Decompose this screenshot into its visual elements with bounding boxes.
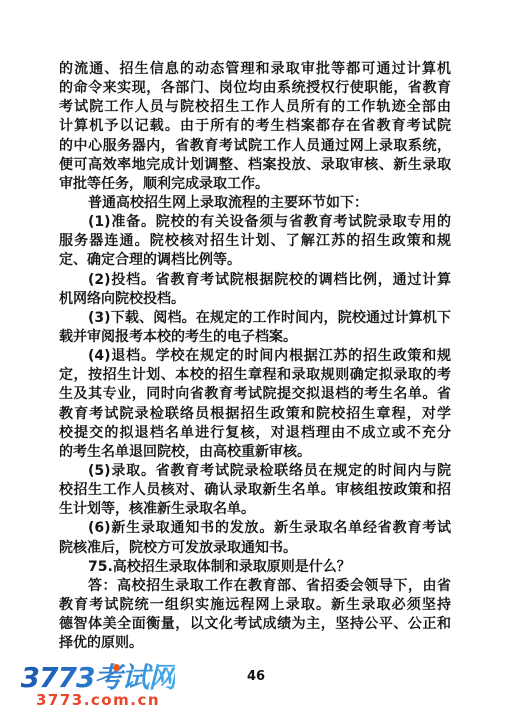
text-line: 75.高校招生录取体制和录取原则是什么？ (59, 558, 451, 577)
scanned-page: 的流通、招生信息的动态管理和录取审批等都可通过计算机的命令来实现，各部门、岗位均… (0, 0, 512, 728)
text-line: 择优的原则。 (59, 634, 451, 653)
text-line: 计算机予以记载。由于所有的考生档案都存在省教育考试院 (59, 117, 451, 136)
text-line: 便可高效率地完成计划调整、档案投放、录取审核、新生录取 (59, 156, 451, 175)
site-url-text: 3773.com.cn (14, 691, 182, 709)
text-line: 德智体美全面衡量，以文化考试成绩为主，坚持公平、公正和 (59, 615, 451, 634)
text-line: 的考生名单退回院校，由高校重新审核。 (59, 443, 451, 462)
text-line: 定、确定合理的调档比例等。 (59, 251, 451, 270)
text-line: 服务器连通。院校核对招生计划、了解江苏的招生政策和规 (59, 232, 451, 251)
text-line: (4)退档。学校在规定的时间内根据江苏的招生政策和规 (59, 347, 451, 366)
text-line: 审批等任务，顺利完成录取工作。 (59, 175, 451, 194)
text-line: 生计划等，核准新生录取名单。 (59, 500, 451, 519)
text-line: 的流通、招生信息的动态管理和录取审批等都可通过计算机 (59, 60, 451, 79)
text-line: 机网络向院校投档。 (59, 290, 451, 309)
document-body: 的流通、招生信息的动态管理和录取审批等都可通过计算机的命令来实现，各部门、岗位均… (59, 60, 451, 653)
text-line: 考试院工作人员与院校招生工作人员所有的工作轨迹全部由 (59, 98, 451, 117)
text-line: 教育考试院统一组织实施远程网上录取。新生录取必须坚持 (59, 596, 451, 615)
text-line: 的命令来实现，各部门、岗位均由系统授权行使职能，省教育 (59, 79, 451, 98)
text-line: 载并审阅报考本校的考生的电子档案。 (59, 328, 451, 347)
text-line: (3)下载、阅档。在规定的工作时间内，院校通过计算机下 (59, 309, 451, 328)
text-line: (1)准备。院校的有关设备须与省教育考试院录取专用的 (59, 213, 451, 232)
text-line: 答：高校招生录取工作在教育部、省招委会领导下，由省 (59, 577, 451, 596)
text-line: (5)录取。省教育考试院录检联络员在规定的时间内与院 (59, 462, 451, 481)
text-line: 校招生工作人员核对、确认录取新生名单。审核组按政策和招 (59, 481, 451, 500)
text-line: 校提交的拟退档名单进行复核，对退档理由不成立或不充分 (59, 424, 451, 443)
text-line: 普通高校招生网上录取流程的主要环节如下： (59, 194, 451, 213)
text-line: (2)投档。省教育考试院根据院校的调档比例，通过计算 (59, 271, 451, 290)
text-line: 生及其专业，同时向省教育考试院提交拟退档的考生名单。省 (59, 385, 451, 404)
page-number: 46 (0, 669, 512, 684)
text-line: (6)新生录取通知书的发放。新生录取名单经省教育考试 (59, 519, 451, 538)
text-line: 的中心服务器内，省教育考试院工作人员通过网上录取系统， (59, 137, 451, 156)
text-line: 定，按招生计划、本校的招生章程和录取规则确定拟录取的考 (59, 366, 451, 385)
text-line: 院核准后，院校方可发放录取通知书。 (59, 539, 451, 558)
text-line: 教育考试院录检联络员根据招生政策和院校招生章程，对学 (59, 405, 451, 424)
